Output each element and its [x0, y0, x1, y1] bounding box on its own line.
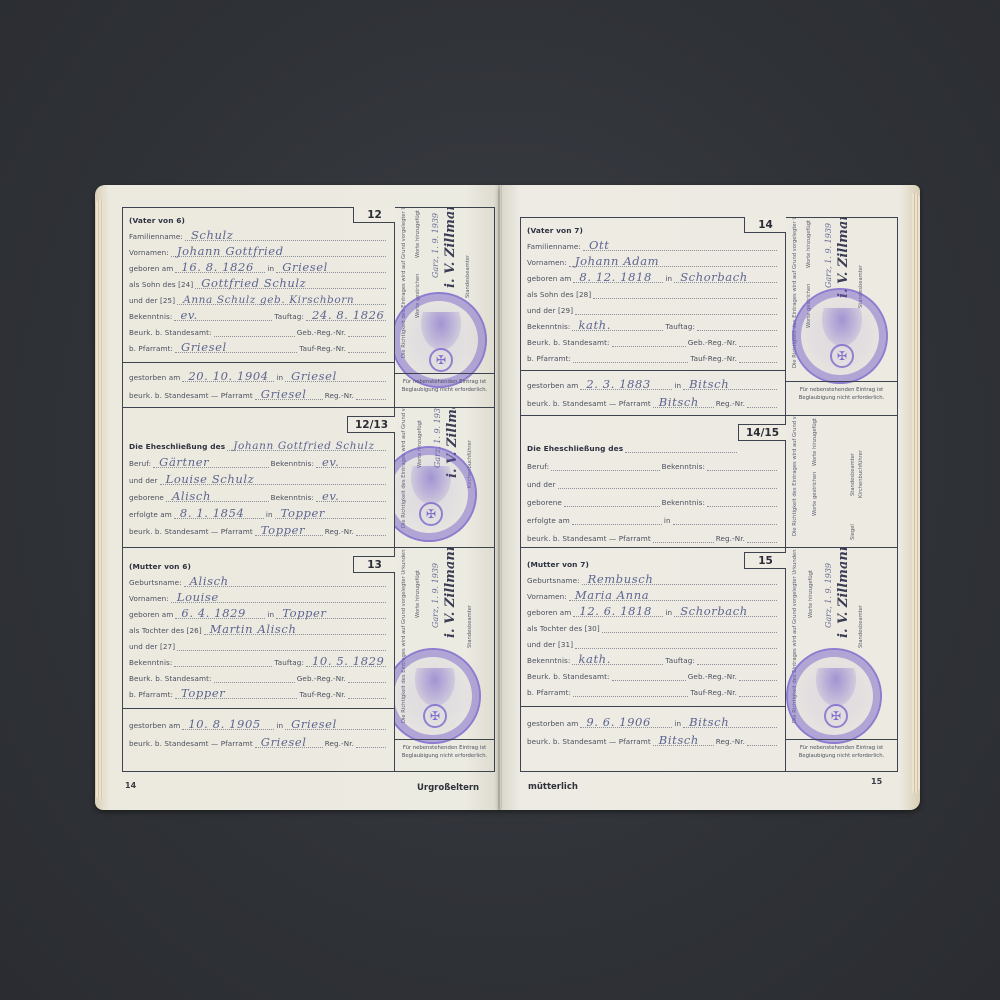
mother-section-13: 13 (Mutter von 6) Geburtsname: Alisch Vo… [123, 548, 394, 773]
death-date-field[interactable]: gestorben am 9. 6. 1906 in Bitsch [527, 713, 779, 728]
death-registry-field[interactable]: beurk. b. Standesamt — Pfarramt Griesel … [129, 733, 388, 748]
registry-field[interactable]: Beurk. b. Standesamt: Geb.-Reg.-Nr. [129, 668, 388, 683]
no-certification-note: Für nebenstehenden Eintrag ist Beglaubig… [395, 739, 494, 773]
page-footer-title: Urgroßeltern [417, 783, 479, 793]
official-stamp: ✠ [395, 648, 481, 744]
occupation-field[interactable]: Beruf: Bekenntnis: [527, 456, 779, 471]
book-gutter [498, 185, 502, 810]
parish-field[interactable]: b. Pfarramt: Tauf-Reg.-Nr. [527, 682, 779, 697]
daughter-of-field[interactable]: als Tochter des [30] [527, 618, 779, 633]
eagle-emblem-icon [415, 668, 455, 706]
marriage-registry-field[interactable]: beurk. b. Standesamt — Pfarramt Topper R… [129, 521, 388, 536]
eagle-emblem-icon [816, 668, 856, 706]
wreath-emblem-icon: ✠ [429, 348, 453, 372]
father-of-field[interactable]: als Sohn des [28] [527, 284, 779, 299]
given-names-field[interactable]: Vornamen: Maria Anna [527, 586, 779, 601]
occupation-field[interactable]: Beruf: Gärtner Bekenntnis: ev. [129, 453, 388, 468]
section-heading: (Vater von 7) [527, 220, 779, 235]
mother-of-field[interactable]: und der [27] [129, 636, 388, 651]
no-certification-note: Für nebenstehenden Eintrag ist Beglaubig… [786, 381, 897, 415]
registry-field[interactable]: Beurk. b. Standesamt: Geb.-Reg.-Nr. [527, 332, 779, 347]
marriage-of-field[interactable]: Die Eheschließung des Johann Gottfried S… [129, 436, 388, 451]
official-stamp: ✠ [786, 648, 882, 744]
death-date-field[interactable]: gestorben am 20. 10. 1904 in Griesel [129, 367, 388, 382]
religion-baptism-field[interactable]: Bekenntnis: Tauftag: 10. 5. 1829 [129, 652, 388, 667]
death-subsection: gestorben am 2. 3. 1883 in Bitsch beurk.… [521, 370, 785, 416]
given-names-field[interactable]: Vornamen: Johann Adam [527, 252, 779, 267]
birth-field[interactable]: geboren am 12. 6. 1818 in Schorbach [527, 602, 779, 617]
death-registry-field[interactable]: beurk. b. Standesamt — Pfarramt Bitsch R… [527, 393, 779, 408]
registry-field[interactable]: Beurk. b. Standesamt: Geb.-Reg.-Nr. [129, 322, 388, 337]
birth-field[interactable]: geboren am 8. 12. 1818 in Schorbach [527, 268, 779, 283]
left-form: 12 (Vater von 6) Familienname: Schulz Vo… [122, 207, 495, 772]
right-page: 14 (Vater von 7) Familienname: Ott Vorna… [500, 185, 920, 810]
given-names-field[interactable]: Vornamen: Louise [129, 588, 388, 603]
right-certification-column: Die Richtigkeit des Eintrages wird auf G… [786, 218, 897, 771]
marriage-section-14-15: 14/15 Die Eheschließung des Beruf: Beken… [521, 416, 785, 548]
religion-baptism-field[interactable]: Bekenntnis: ev. Tauftag: 24. 8. 1826 [129, 306, 388, 321]
marriage-of-field[interactable]: Die Eheschließung des [527, 438, 779, 453]
maiden-name-field[interactable]: geborene Alisch Bekenntnis: ev. [129, 487, 388, 502]
father-of-field[interactable]: als Sohn des [24] Gottfried Schulz [129, 274, 388, 289]
certification-cell-13: Die Richtigkeit des Eintrages wird auf G… [395, 548, 494, 773]
official-signature: i. V. Zillmann [443, 548, 458, 638]
mother-section-15: 15 (Mutter von 7) Geburtsname: Rembusch … [521, 548, 785, 773]
mother-of-field[interactable]: und der [29] [527, 300, 779, 315]
bride-field[interactable]: und der Louise Schulz [129, 470, 388, 485]
death-date-field[interactable]: gestorben am 2. 3. 1883 in Bitsch [527, 375, 779, 390]
section-heading: (Mutter von 7) [527, 554, 779, 569]
father-section-12: 12 (Vater von 6) Familienname: Schulz Vo… [123, 208, 394, 408]
official-signature: i. V. Zillmann [836, 548, 851, 638]
page-footer-title: mütterlich [528, 782, 578, 792]
marriage-section-12-13: 12/13 Die Eheschließung des Johann Gottf… [123, 408, 394, 548]
marriage-date-field[interactable]: erfolgte am 8. 1. 1854 in Topper [129, 504, 388, 519]
marriage-date-field[interactable]: erfolgte am in [527, 510, 779, 525]
section-heading: (Vater von 6) [129, 210, 388, 225]
page-edges [95, 199, 103, 799]
death-subsection: gestorben am 10. 8. 1905 in Griesel beur… [123, 708, 394, 773]
daughter-of-field[interactable]: als Tochter des [26] Martin Alisch [129, 620, 388, 635]
maiden-name-field[interactable]: geborene Bekenntnis: [527, 492, 779, 507]
mother-of-field[interactable]: und der [25] Anna Schulz geb. Kirschborn [129, 290, 388, 305]
parish-field[interactable]: b. Pfarramt: Topper Tauf-Reg.-Nr. [129, 684, 388, 699]
registry-field[interactable]: Beurk. b. Standesamt: Geb.-Reg.-Nr. [527, 666, 779, 681]
certification-cell-12: Die Richtigkeit des Eintrages wird auf G… [395, 208, 494, 408]
no-certification-note: Für nebenstehenden Eintrag ist Beglaubig… [395, 373, 494, 407]
given-names-field[interactable]: Vornamen: Johann Gottfried [129, 242, 388, 257]
page-edges [912, 193, 920, 793]
certification-cell-14: Die Richtigkeit des Eintrages wird auf G… [786, 218, 897, 416]
section-heading: (Mutter von 6) [129, 556, 388, 571]
wreath-emblem-icon: ✠ [824, 704, 848, 728]
birth-name-field[interactable]: Geburtsname: Alisch [129, 572, 388, 587]
eagle-emblem-icon [822, 308, 862, 346]
right-form: 14 (Vater von 7) Familienname: Ott Vorna… [520, 217, 898, 772]
family-name-field[interactable]: Familienname: Schulz [129, 226, 388, 241]
eagle-emblem-icon [421, 312, 461, 350]
bride-field[interactable]: und der [527, 474, 779, 489]
official-stamp: ✠ [792, 288, 888, 384]
death-registry-field[interactable]: beurk. b. Standesamt — Pfarramt Bitsch R… [527, 731, 779, 746]
entry-number: 12/13 [347, 416, 395, 433]
wreath-emblem-icon: ✠ [419, 502, 443, 526]
family-name-field[interactable]: Familienname: Ott [527, 236, 779, 251]
birth-field[interactable]: geboren am 16. 8. 1826 in Griesel [129, 258, 388, 273]
eagle-emblem-icon [411, 466, 451, 504]
ancestry-passbook: 12 (Vater von 6) Familienname: Schulz Vo… [95, 185, 920, 810]
death-subsection: gestorben am 20. 10. 1904 in Griesel beu… [123, 362, 394, 408]
official-signature: i. V. Zillmann [836, 218, 851, 298]
official-stamp: ✠ [395, 446, 477, 542]
official-signature: i. V. Zillmann [443, 208, 458, 288]
death-subsection: gestorben am 9. 6. 1906 in Bitsch beurk.… [521, 706, 785, 773]
right-main-column: 14 (Vater von 7) Familienname: Ott Vorna… [521, 218, 786, 771]
religion-baptism-field[interactable]: Bekenntnis: kath. Tauftag: [527, 650, 779, 665]
certification-cell-12-13: Die Richtigkeit des Eintrages wird auf G… [395, 408, 494, 548]
certification-cell-15: Die Richtigkeit des Eintrages wird auf G… [786, 548, 897, 773]
wreath-emblem-icon: ✠ [830, 344, 854, 368]
mother-of-field[interactable]: und der [31] [527, 634, 779, 649]
death-registry-field[interactable]: beurk. b. Standesamt — Pfarramt Griesel … [129, 385, 388, 400]
parish-field[interactable]: b. Pfarramt: Tauf-Reg.-Nr. [527, 348, 779, 363]
parish-field[interactable]: b. Pfarramt: Griesel Tauf-Reg.-Nr. [129, 338, 388, 353]
marriage-registry-field[interactable]: beurk. b. Standesamt — Pfarramt Reg.-Nr. [527, 528, 779, 543]
left-certification-column: Die Richtigkeit des Eintrages wird auf G… [395, 208, 494, 771]
no-certification-note: Für nebenstehenden Eintrag ist Beglaubig… [786, 739, 897, 773]
death-date-field[interactable]: gestorben am 10. 8. 1905 in Griesel [129, 715, 388, 730]
page-number: 14 [125, 781, 136, 790]
birth-field[interactable]: geboren am 6. 4. 1829 in Topper [129, 604, 388, 619]
certification-cell-14-15: Die Richtigkeit des Eintrages wird auf G… [786, 416, 897, 548]
religion-baptism-field[interactable]: Bekenntnis: kath. Tauftag: [527, 316, 779, 331]
left-main-column: 12 (Vater von 6) Familienname: Schulz Vo… [123, 208, 395, 771]
page-number: 15 [871, 777, 882, 786]
left-page: 12 (Vater von 6) Familienname: Schulz Vo… [95, 185, 500, 810]
father-section-14: 14 (Vater von 7) Familienname: Ott Vorna… [521, 218, 785, 416]
birth-name-field[interactable]: Geburtsname: Rembusch [527, 570, 779, 585]
wreath-emblem-icon: ✠ [423, 704, 447, 728]
